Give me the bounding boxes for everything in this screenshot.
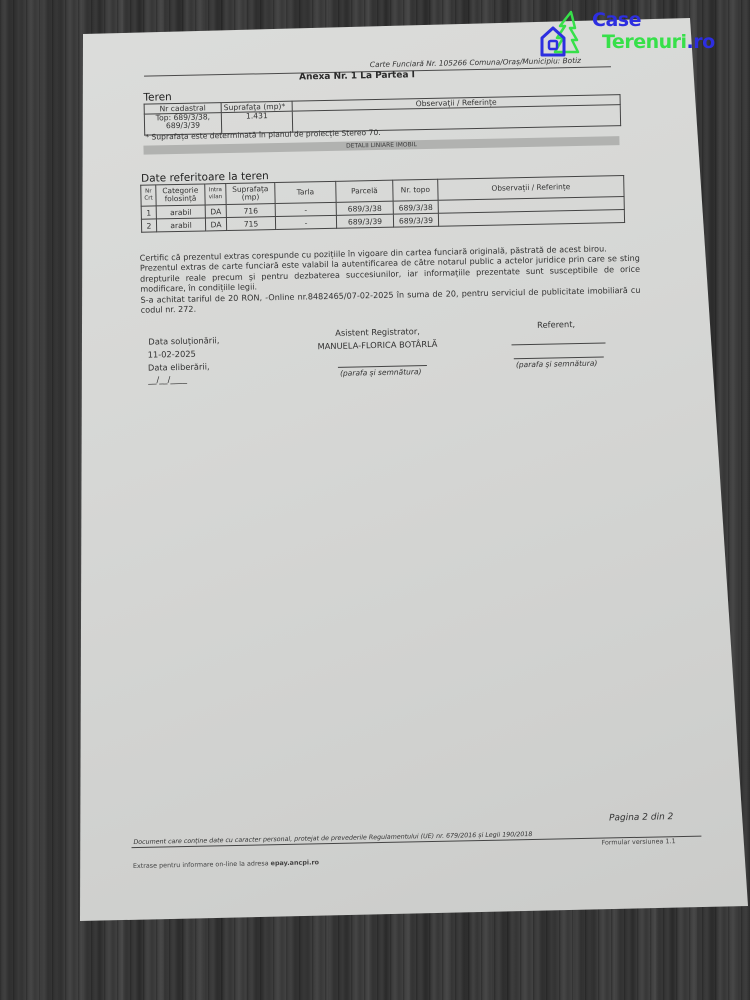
cell-parcela: 689/3/38 xyxy=(336,201,393,215)
signature-line-referent-top xyxy=(512,342,606,345)
watermark-brand-line1: Case xyxy=(592,9,641,31)
referent-label: Referent, xyxy=(537,319,575,330)
watermark-brand-terenuri: Terenuri xyxy=(602,31,687,53)
col-tarla: Tarla xyxy=(275,181,336,203)
cell-parcela: 689/3/39 xyxy=(336,214,393,228)
cell-intravilan: DA xyxy=(205,218,226,231)
data-solutionarii-value: 11-02-2025 xyxy=(148,349,196,360)
certification-text: Certific că prezentul extras corespunde … xyxy=(140,243,641,315)
document-content: Carte Funciară Nr. 105266 Comuna/Oraș/Mu… xyxy=(0,0,750,1000)
watermark-brand-line2: Terenuri.ro xyxy=(602,31,715,53)
cell-categorie: arabil xyxy=(156,218,205,232)
online-url-link[interactable]: epay.ancpi.ro xyxy=(271,858,320,867)
cell-tarla: - xyxy=(275,202,336,216)
cell-nr: 1 xyxy=(141,206,156,219)
col-categorie: Categorie folosință xyxy=(156,184,205,206)
parafa-asistent: (parafa și semnătura) xyxy=(340,367,422,378)
watermark-brand-domain: .ro xyxy=(687,31,715,53)
online-notice: Extrase pentru informare on-line la adre… xyxy=(133,858,319,870)
cell-nr-topo: 689/3/38 xyxy=(393,200,438,214)
cell-categorie: arabil xyxy=(156,205,205,219)
cell-suprafata: 715 xyxy=(226,217,275,231)
col-nr-crt: Nr Crt xyxy=(141,185,156,206)
data-eliberarii-value: __/__/____ xyxy=(148,374,187,385)
data-solutionarii-label: Data soluționării, xyxy=(148,335,219,346)
asistent-registrator-label: Asistent Registrator, xyxy=(335,326,420,338)
cell-intravilan: DA xyxy=(205,205,226,218)
date-teren-table: Nr Crt Categorie folosință Intra vilan S… xyxy=(140,175,625,233)
cell-observatii xyxy=(438,210,624,227)
asistent-registrator-name: MANUELA-FLORICA BOTÂRLĂ xyxy=(317,339,437,351)
teren-table: Nr cadastral Suprafața (mp)* Observații … xyxy=(144,94,622,136)
cell-nr-topo: 689/3/39 xyxy=(393,213,438,227)
document-title: Anexa Nr. 1 La Partea I xyxy=(299,70,415,82)
col-intravilan: Intra vilan xyxy=(205,184,226,205)
page-number: Pagina 2 din 2 xyxy=(609,812,674,823)
col-parcela: Parcelă xyxy=(336,180,393,202)
parafa-referent: (parafa și semnătura) xyxy=(516,359,598,370)
section-title-teren: Teren xyxy=(143,91,172,104)
form-version: Formular versiunea 1.1 xyxy=(601,837,675,846)
cell-tarla: - xyxy=(275,215,336,229)
cell-nr: 2 xyxy=(141,219,156,232)
data-eliberarii-label: Data eliberării, xyxy=(148,361,210,372)
col-suprafata-mp: Suprafața (mp) xyxy=(226,183,275,205)
cell-suprafata: 716 xyxy=(226,204,275,218)
col-nr-topo: Nr. topo xyxy=(393,179,438,201)
online-notice-text: Extrase pentru informare on-line la adre… xyxy=(133,859,271,870)
